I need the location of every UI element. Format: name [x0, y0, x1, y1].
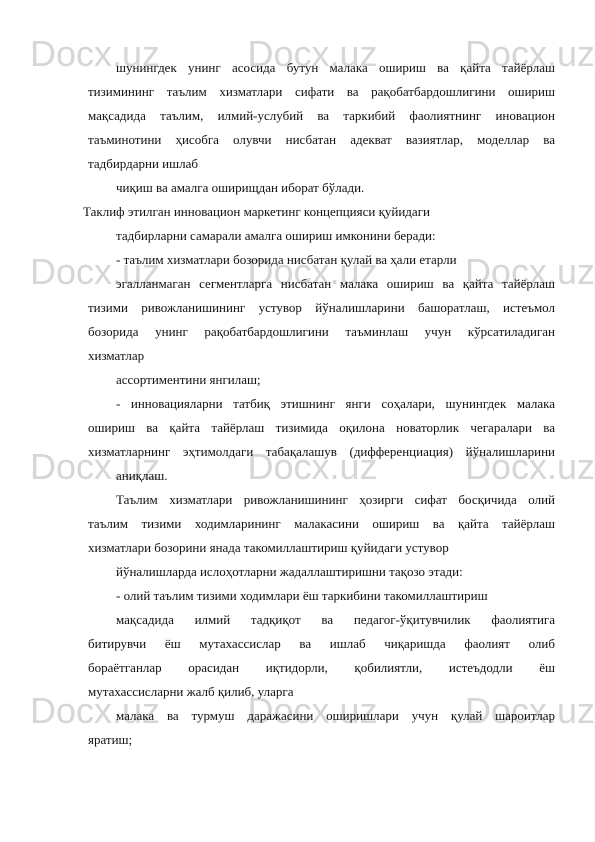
text-line: тадбирдарни ишлаб [88, 156, 198, 172]
document-page: Docx.uz Docx.uz Docx.uz Docx.uz Docx.uz … [0, 0, 595, 842]
text-line: тизимининг таълим хизматлари сифати ва р… [88, 84, 555, 100]
text-line: мақсадида таълим, илмий-услубий ва тарки… [88, 108, 555, 124]
text-line: аниқлаш. [116, 468, 168, 484]
list-item: - таълим хизматлари бозорида нисбатан қу… [116, 252, 457, 268]
text-line: малака ва турмуш даражасини оширишлари у… [116, 708, 555, 724]
text-line: таъминотини ҳисобга олувчи нисбатан адек… [88, 132, 555, 148]
text-line: ассортиментини янгилаш; [116, 372, 261, 388]
text-line: хизматлар [88, 348, 144, 364]
text-line: чиқиш ва амалга оширищдан иборат бўлади. [116, 180, 364, 196]
text-line: яратиш; [88, 732, 132, 748]
text-line: бозорида унинг рақобатбардошлигини таъми… [88, 324, 555, 340]
text-line: таълим тизими ходимларининг малакасини о… [88, 516, 555, 532]
text-line: Таклиф этилган инновацион маркетинг конц… [83, 204, 430, 220]
list-item: - олий таълим тизими ходимлари ёш таркиб… [116, 588, 488, 604]
text-line: тизими ривожланишининг устувор йўналишла… [88, 300, 555, 316]
text-line: хизматлари бозорини янада такомиллаштири… [88, 540, 449, 556]
text-line: шунингдек унинг асосида бутун малака оши… [116, 60, 555, 76]
text-line: мақсадида илмий тадқиқот ва педагог-ўқит… [116, 612, 555, 628]
text-line: эгалланмаган сегментларга нисбатан малак… [116, 276, 555, 292]
text-line: ошириш ва қайта тайёрлаш тизимида оқилон… [88, 420, 555, 436]
text-line: тадбирларни самарали амалга ошириш имкон… [116, 228, 436, 244]
text-line: мутахассисларни жалб қилиб, уларга [88, 684, 293, 700]
list-item: - инновацияларни татбиқ этишнинг янги со… [116, 396, 555, 412]
text-line: битирувчи ёш мутахассислар ва ишлаб чиқа… [88, 636, 555, 652]
text-line: хизматларнинг эҳтимолдаги табақалашув (д… [88, 444, 555, 460]
text-line: йўналишларда ислоҳотларни жадаллаштиришн… [116, 564, 463, 580]
text-line: бораётганлар орасидан иқтидорли, қобилия… [88, 660, 555, 676]
text-line: Таълим хизматлари ривожланишининг ҳозирг… [116, 492, 555, 508]
